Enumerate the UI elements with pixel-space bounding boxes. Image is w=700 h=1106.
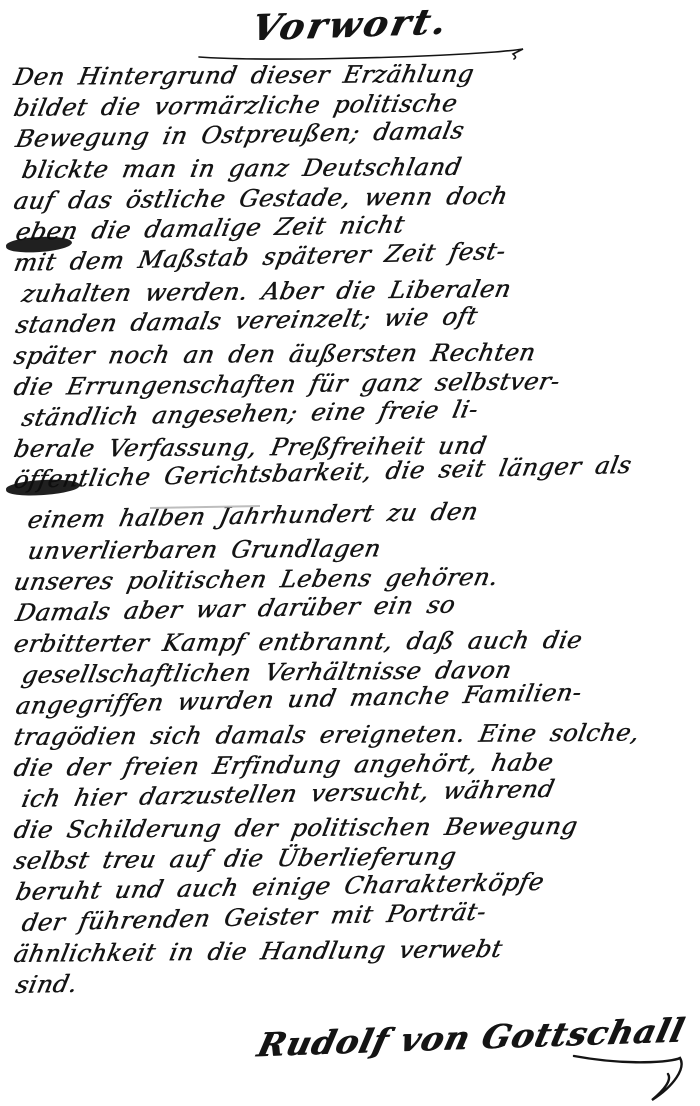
handwritten-body-text: Den Hintergrund dieser Erzählung bildet … [14,62,690,1001]
signature-block: Rudolf von Gottschall [260,1018,682,1057]
manuscript-page: Vorwort. Den Hintergrund dieser Erzählun… [0,0,700,1106]
page-title: Vorwort. [247,1,452,50]
handwriting-line: einem halben Jahrhundert zu den [25,492,696,536]
title-block: Vorwort. [0,4,700,46]
signature-flourish [568,1052,688,1104]
